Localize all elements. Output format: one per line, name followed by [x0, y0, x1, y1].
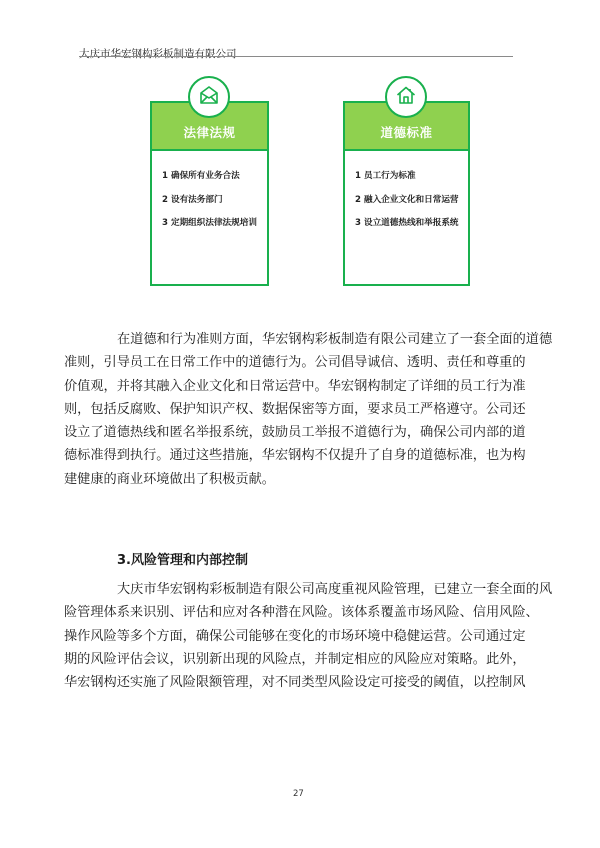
icon-badge	[188, 76, 230, 118]
section-heading: 3.风险管理和内部控制	[117, 549, 248, 568]
paragraph-ethics: 在道德和行为准则方面，华宏钢构彩板制造有限公司建立了一套全面的道德 准则，引导员…	[91, 328, 511, 491]
list-item: 2 设有法务部门	[162, 193, 257, 217]
text-line: 大庆市华宏钢构彩板制造有限公司高度重视风险管理，已建立一套全面的风	[91, 578, 511, 601]
list-item: 1 员工行为标准	[355, 169, 459, 193]
text-line: 价值观，并将其融入企业文化和日常运营中。华宏钢构制定了详细的员工行为准	[64, 375, 511, 398]
card-list: 1 员工行为标准 2 融入企业文化和日常运营 3 设立道德热线和举报系统	[355, 169, 459, 240]
text-line: 期的风险评估会议，识别新出现的风险点，并制定相应的风险应对策略。此外，	[64, 648, 511, 671]
envelope-icon	[199, 86, 219, 108]
card-ethics-standards: 道德标准 1 员工行为标准 2 融入企业文化和日常运营 3 设立道德热线和举报系…	[343, 101, 470, 286]
list-item: 2 融入企业文化和日常运营	[355, 193, 459, 217]
text-line: 华宏钢构还实施了风险限额管理，对不同类型风险设定可接受的阈值，以控制风	[64, 671, 511, 694]
text-line: 德标准得到执行。通过这些措施，华宏钢构不仅提升了自身的道德标准，也为构	[64, 444, 511, 467]
card-title: 法律法规	[152, 123, 267, 141]
text-line: 则，包括反腐败、保护知识产权、数据保密等方面，要求员工严格遵守。公司还	[64, 398, 511, 421]
card-list: 1 确保所有业务合法 2 设有法务部门 3 定期组织法律法规培训	[162, 169, 257, 240]
list-item: 3 设立道德热线和举报系统	[355, 216, 459, 240]
list-item: 3 定期组织法律法规培训	[162, 216, 257, 240]
text-line: 准则，引导员工在日常工作中的道德行为。公司倡导诚信、透明、责任和尊重的	[64, 351, 511, 374]
company-header: 大庆市华宏钢构彩板制造有限公司	[79, 46, 237, 61]
page-number: 27	[293, 789, 304, 799]
text-line: 在道德和行为准则方面，华宏钢构彩板制造有限公司建立了一套全面的道德	[91, 328, 511, 351]
text-line: 操作风险等多个方面，确保公司能够在变化的市场环境中稳健运营。公司通过定	[64, 625, 511, 648]
paragraph-risk: 大庆市华宏钢构彩板制造有限公司高度重视风险管理，已建立一套全面的风 险管理体系来…	[91, 578, 511, 694]
card-legal-compliance: 法律法规 1 确保所有业务合法 2 设有法务部门 3 定期组织法律法规培训	[150, 101, 269, 286]
text-line: 设立了道德热线和匿名举报系统，鼓励员工举报不道德行为，确保公司内部的道	[64, 421, 511, 444]
header-divider	[79, 56, 513, 57]
list-item: 1 确保所有业务合法	[162, 169, 257, 193]
house-icon	[396, 86, 416, 108]
text-line: 险管理体系来识别、评估和应对各种潜在风险。该体系覆盖市场风险、信用风险、	[64, 601, 511, 624]
card-title: 道德标准	[345, 123, 468, 141]
text-line: 建健康的商业环境做出了积极贡献。	[64, 468, 511, 491]
icon-badge	[385, 76, 427, 118]
